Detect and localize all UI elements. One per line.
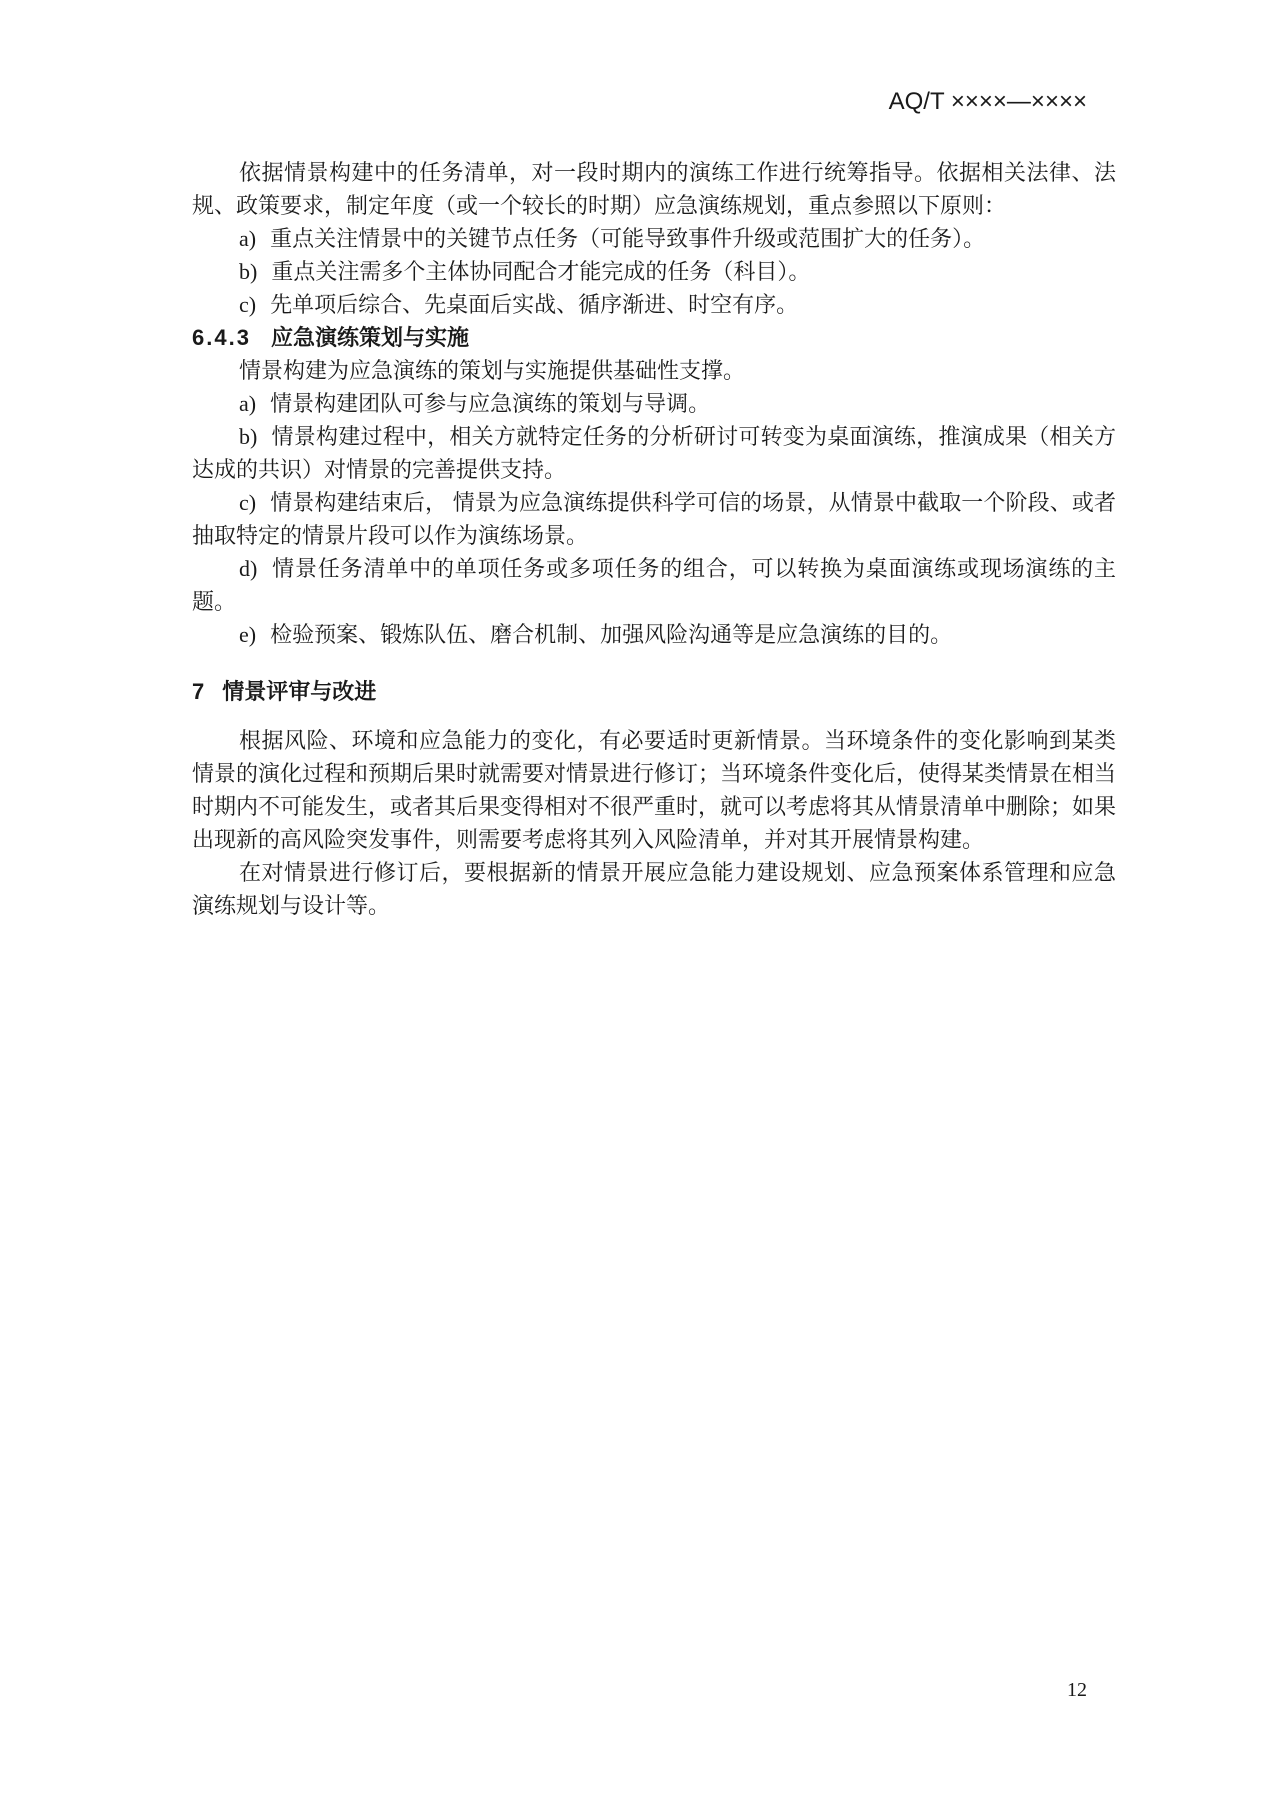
list-item-text: 先单项后综合、先桌面后实战、循序渐进、时空有序。 xyxy=(270,292,798,317)
standard-code-header: AQ/T ××××—×××× xyxy=(889,88,1087,116)
section-heading-7: 7情景评审与改进 xyxy=(192,675,1116,708)
list-item-label: e) xyxy=(239,622,256,647)
list-item: a)情景构建团队可参与应急演练的策划与导调。 xyxy=(192,387,1116,420)
list-item-text: 检验预案、锻炼队伍、磨合机制、加强风险沟通等是应急演练的目的。 xyxy=(270,622,952,647)
list-item-text: 情景任务清单中的单项任务或多项任务的组合，可以转换为桌面演练或现场演练的主题。 xyxy=(192,556,1116,614)
list-item-text: 重点关注需多个主体协同配合才能完成的任务（科目）。 xyxy=(271,259,810,284)
list-item-label: a) xyxy=(239,226,256,251)
list-item: c)先单项后综合、先桌面后实战、循序渐进、时空有序。 xyxy=(192,288,1116,321)
section-number: 7 xyxy=(192,679,204,704)
paragraph-scenario-review-2: 在对情景进行修订后，要根据新的情景开展应急能力建设规划、应急预案体系管理和应急演… xyxy=(192,856,1116,922)
list-item: b)情景构建过程中，相关方就特定任务的分析研讨可转变为桌面演练，推演成果（相关方… xyxy=(192,420,1116,486)
page-number: 12 xyxy=(1067,1678,1087,1702)
list-item-label: c) xyxy=(239,490,256,515)
list-item: c)情景构建结束后， 情景为应急演练提供科学可信的场景，从情景中截取一个阶段、或… xyxy=(192,486,1116,552)
section-title: 情景评审与改进 xyxy=(222,679,376,704)
list-item-label: d) xyxy=(239,556,257,581)
paragraph-scenario-review-1: 根据风险、环境和应急能力的变化，有必要适时更新情景。当环境条件的变化影响到某类情… xyxy=(192,724,1116,856)
list-item: b)重点关注需多个主体协同配合才能完成的任务（科目）。 xyxy=(192,255,1116,288)
list-item-label: a) xyxy=(239,391,256,416)
clause-heading-6-4-3: 6.4.3应急演练策划与实施 xyxy=(192,321,1116,354)
document-page: AQ/T ××××—×××× 依据情景构建中的任务清单，对一段时期内的演练工作进… xyxy=(0,0,1280,1810)
list-item-text: 情景构建过程中，相关方就特定任务的分析研讨可转变为桌面演练，推演成果（相关方达成… xyxy=(192,424,1116,482)
list-item: e)检验预案、锻炼队伍、磨合机制、加强风险沟通等是应急演练的目的。 xyxy=(192,618,1116,651)
list-item-text: 重点关注情景中的关键节点任务（可能导致事件升级或范围扩大的任务）。 xyxy=(270,226,985,251)
list-item: d)情景任务清单中的单项任务或多项任务的组合，可以转换为桌面演练或现场演练的主题… xyxy=(192,552,1116,618)
paragraph-drill-planning-intro: 依据情景构建中的任务清单，对一段时期内的演练工作进行统筹指导。依据相关法律、法规… xyxy=(192,156,1116,222)
list-item: a)重点关注情景中的关键节点任务（可能导致事件升级或范围扩大的任务）。 xyxy=(192,222,1116,255)
clause-title: 应急演练策划与实施 xyxy=(271,325,469,350)
list-item-label: b) xyxy=(239,424,257,449)
list-item-text: 情景构建团队可参与应急演练的策划与导调。 xyxy=(270,391,710,416)
list-item-label: b) xyxy=(239,259,257,284)
list-item-label: c) xyxy=(239,292,256,317)
page-body: 依据情景构建中的任务清单，对一段时期内的演练工作进行统筹指导。依据相关法律、法规… xyxy=(192,156,1116,922)
list-item-text: 情景构建结束后， 情景为应急演练提供科学可信的场景，从情景中截取一个阶段、或者抽… xyxy=(192,490,1116,548)
paragraph-clause-643-lead: 情景构建为应急演练的策划与实施提供基础性支撑。 xyxy=(192,354,1116,387)
clause-number: 6.4.3 xyxy=(192,325,251,350)
